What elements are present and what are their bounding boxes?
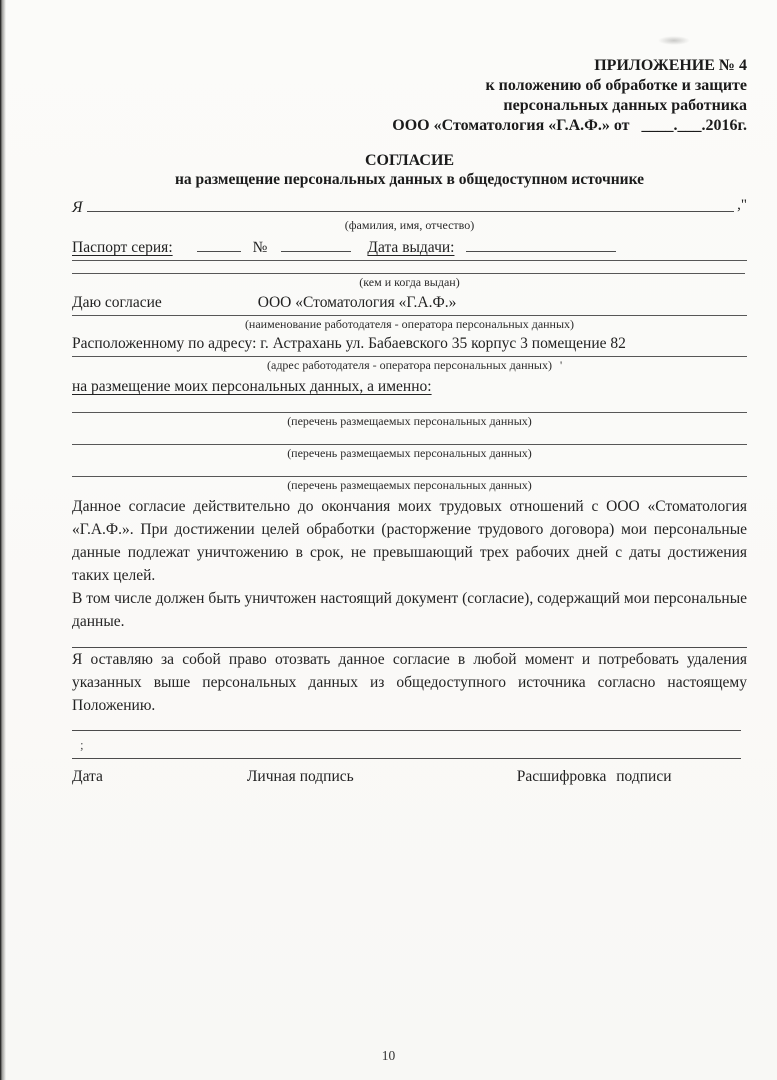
fio-blank-field: [87, 194, 735, 212]
employer-caption: (наименование работодателя - оператора п…: [72, 317, 747, 331]
passport-number-blank: [281, 236, 351, 252]
document-subtitle: на размещение персональных данных в обще…: [72, 170, 747, 189]
personal-data-blank-field-1: [72, 396, 747, 413]
destruction-paragraph: В том числе должен быть уничтожен настоя…: [72, 587, 747, 633]
employer-name: ООО «Стоматология «Г.А.Ф.»: [258, 294, 457, 312]
passport-issue-date-blank: [466, 236, 616, 252]
consent-row: Даю согласие ООО «Стоматология «Г.А.Ф.»: [72, 294, 747, 316]
validity-paragraph: Данное согласие действительно до окончан…: [72, 495, 747, 587]
issued-by-caption: (кем и когда выдан): [72, 275, 747, 289]
appendix-subtitle-2: персональных данных работника: [72, 96, 747, 116]
personal-data-blank-field-2: [72, 428, 747, 445]
passport-number-label: №: [253, 239, 268, 257]
document-page: ПРИЛОЖЕНИЕ № 4 к положению об обработке …: [0, 0, 777, 786]
signature-decryption-label: Расшифровка подписи: [517, 768, 672, 786]
appendix-subtitle-1: к положению об обработке и защите: [72, 76, 747, 96]
personal-data-caption-3: (перечень размещаемых персональных данны…: [72, 478, 747, 492]
appendix-title: ПРИЛОЖЕНИЕ № 4: [72, 56, 747, 76]
address-row: Расположенному по адресу: г. Астрахань у…: [72, 335, 747, 357]
personal-signature-label: Личная подпись: [247, 768, 354, 786]
give-consent-label: Даю согласие: [72, 294, 162, 312]
fio-caption: (фамилия, имя, отчество): [72, 218, 747, 232]
signature-row: Дата Личная подпись Расшифровка подписи: [72, 768, 747, 786]
placement-label-row: на размещение моих персональных данных, …: [72, 378, 747, 396]
fio-suffix: ,": [734, 197, 747, 214]
withdrawal-paragraph: Я оставляю за собой право отозвать данно…: [72, 648, 747, 717]
document-title-block: СОГЛАСИЕ на размещение персональных данн…: [72, 151, 747, 189]
fio-row: Я ,": [72, 194, 747, 217]
passport-series-label: Паспорт серия:: [72, 239, 173, 257]
placement-label: на размещение моих персональных данных, …: [72, 378, 432, 395]
personal-data-caption-2: (перечень размещаемых персональных данны…: [72, 446, 747, 460]
separator-line-2: [72, 730, 741, 731]
document-title: СОГЛАСИЕ: [72, 151, 747, 170]
appendix-company-date: ООО «Стоматология «Г.А.Ф.» от ____.___.2…: [72, 116, 747, 136]
scan-artifact-semicolon: ;: [80, 738, 747, 753]
personal-data-blank-field-3: [72, 460, 747, 477]
page-number: 10: [0, 1048, 777, 1064]
separator-line-3: [72, 758, 741, 759]
fio-prefix: Я: [72, 199, 87, 217]
issued-by-blank-field: [72, 261, 745, 274]
passport-row: Паспорт серия: № Дата выдачи:: [72, 236, 747, 261]
address-caption: (адрес работодателя - оператора персонал…: [72, 358, 747, 372]
appendix-header: ПРИЛОЖЕНИЕ № 4 к положению об обработке …: [72, 56, 747, 136]
date-label: Дата: [72, 768, 103, 786]
passport-issue-date-label: Дата выдачи:: [367, 239, 454, 257]
passport-series-blank: [197, 236, 241, 252]
scan-artifact-apostrophe: ': [560, 358, 562, 373]
personal-data-caption-1: (перечень размещаемых персональных данны…: [72, 414, 747, 428]
